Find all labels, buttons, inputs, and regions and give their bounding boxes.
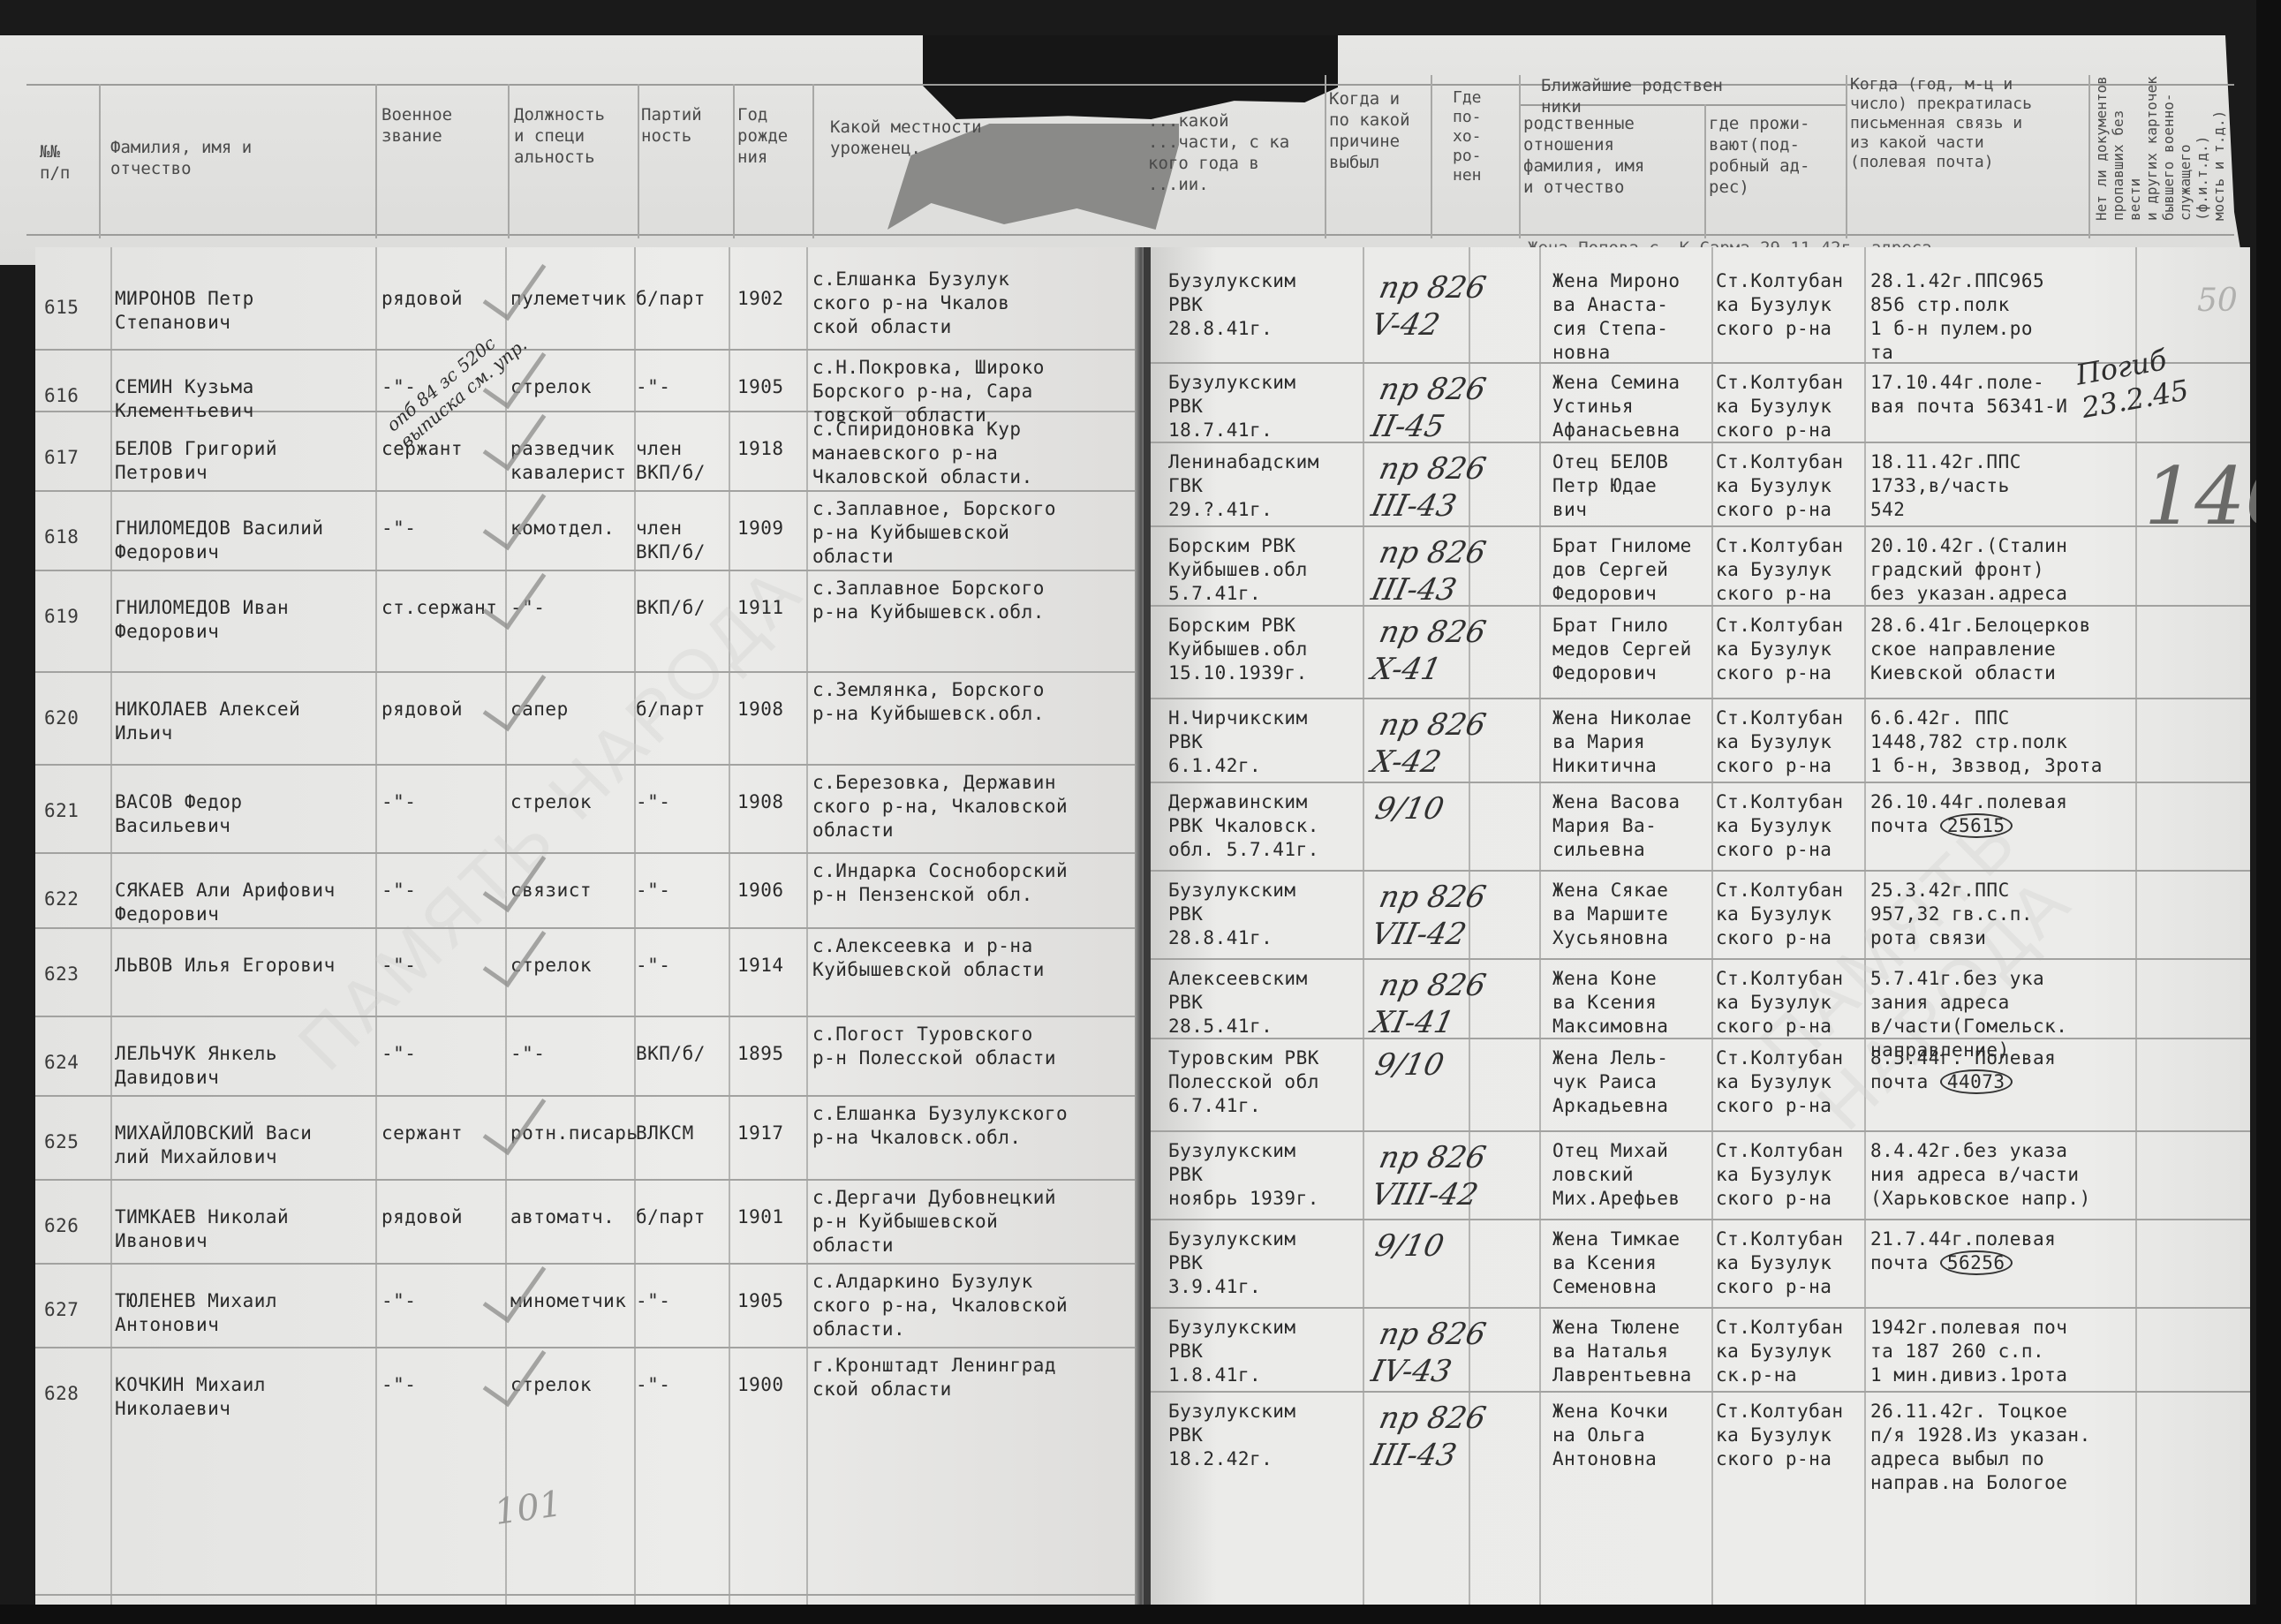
last-contact: 21.7.44г.полевая почта 56256 (1870, 1227, 2126, 1275)
relative: Жена Мироно ва Анаста- сия Степа- новна (1552, 269, 1716, 365)
table-row: 615 МИРОНОВ Петр Степанович рядовой пуле… (35, 261, 1144, 351)
party-membership: -"- (636, 1289, 733, 1313)
table-row: Н.Чирчикским РВК 6.1.42г. пр 826 X-42 Же… (1151, 698, 2250, 783)
birth-year: 1905 (737, 1289, 808, 1313)
birth-year: 1908 (737, 790, 808, 814)
table-row: Бузулукским РВК ноябрь 1939г. пр 826 VII… (1151, 1130, 2250, 1220)
birth-year: 1917 (737, 1122, 808, 1145)
table-row: Бузулукским РВК 28.8.41г. пр 826 VII-42 … (1151, 870, 2250, 960)
header-name: Фамилия, имя и отчество (110, 137, 252, 179)
table-row: 623 ЛЬВОВ Илья Егорович -"- стрелок -"- … (35, 927, 1144, 1017)
header-divider (1431, 75, 1432, 238)
birth-year: 1906 (737, 879, 808, 903)
header-num: №№ п/п (40, 141, 70, 184)
header-divider (99, 84, 101, 238)
table-row: 622 СЯКАЕВ Али Арифович Федорович -"- св… (35, 852, 1144, 929)
relative-address: Ст.Колтубан ка Бузулук ского р-на (1716, 269, 1866, 341)
drafted-by: Бузулукским РВК 3.9.41г. (1168, 1227, 1345, 1299)
header-divider (812, 84, 814, 238)
drafted-by: Бузулукским РВК 28.8.41г. (1168, 879, 1345, 950)
military-rank: -"- (381, 1289, 501, 1313)
drafted-by: Бузулукским РВК 18.2.42г. (1168, 1400, 1345, 1471)
record-number: 626 (44, 1214, 106, 1238)
header-buried: Где по- хо- ро- нен (1453, 88, 1482, 185)
birthplace: с.Елшанка Бузулук ского р-на Чкалов ской… (812, 268, 1139, 339)
birthplace: с.Алдаркино Бузулук ского р-на, Чкаловск… (812, 1270, 1139, 1341)
birthplace: с.Землянка, Борского р-на Куйбышевск.обл… (812, 678, 1139, 726)
birthplace: с.Погост Туровского р-н Полесской област… (812, 1023, 1139, 1070)
birth-year: 1905 (737, 375, 808, 399)
party-membership: б/парт (636, 698, 733, 721)
handwritten-note: пр 826 V-42 (1368, 269, 1534, 344)
military-rank: рядовой (381, 1205, 501, 1229)
last-contact: 8.5.44г. Полевая почта 44073 (1870, 1046, 2126, 1094)
soldier-name: ЛЕЛЬЧУК Янкель Давидович (115, 1042, 362, 1090)
birthplace: с.Спиридоновка Кур манаевского р-на Чкал… (812, 418, 1139, 489)
soldier-name: ТЮЛЕНЕВ Михаил Антонович (115, 1289, 362, 1337)
header-divider (2088, 75, 2090, 238)
birth-year: 1895 (737, 1042, 808, 1066)
table-row: Борским РВК Куйбышев.обл 5.7.41г. пр 826… (1151, 525, 2250, 607)
header-last-contact: Когда (год, м-ц и число) прекратилась пи… (1850, 75, 2032, 172)
last-contact: 26.11.42г. Тоцкое п/я 1928.Из указан. ад… (1870, 1400, 2126, 1495)
relative: Жена Лель- чук Раиса Аркадьевна (1552, 1046, 1716, 1118)
birth-year: 1909 (737, 517, 808, 540)
header-rank: Военное звание (381, 104, 452, 147)
header-divider (638, 84, 639, 238)
military-rank: рядовой (381, 287, 501, 311)
handwritten-note: 9/10 (1372, 790, 1530, 827)
record-number: 627 (44, 1298, 106, 1322)
table-row: Бузулукским РВК 1.8.41г. пр 826 IV-43 Же… (1151, 1307, 2250, 1393)
party-membership: член ВКП/б/ (636, 437, 733, 485)
table-row: 616 СЕМИН Кузьма Клементьевич -"- стрело… (35, 349, 1144, 412)
table-row: 624 ЛЕЛЬЧУК Янкель Давидович -"- -"- ВКП… (35, 1016, 1144, 1097)
military-rank: -"- (381, 1042, 501, 1066)
last-contact: 28.6.41г.Белоцерков ское направление Кие… (1870, 614, 2126, 685)
military-rank: -"- (381, 954, 501, 978)
soldier-name: ЛЬВОВ Илья Егорович (115, 954, 362, 978)
military-rank: -"- (381, 879, 501, 903)
table-row: Алексеевским РВК 28.5.41г. пр 826 XI-41 … (1151, 958, 2250, 1039)
header-notes: Нет ли документов пропавших без вести и … (2093, 62, 2227, 221)
birthplace: с.Индарка Сосноборский р-н Пензенской об… (812, 859, 1139, 907)
position: автоматч. (510, 1205, 643, 1229)
header-position: Должность и специ альность (514, 104, 605, 168)
relative-address: Ст.Колтубан ка Бузулук ского р-на (1716, 450, 1866, 522)
birth-year: 1901 (737, 1205, 808, 1229)
birthplace: с.Алексеевка и р-на Куйбышевской области (812, 934, 1139, 982)
position: стрелок (510, 954, 643, 978)
handwritten-note: пр 826 X-42 (1368, 706, 1534, 781)
table-row: 621 ВАСОВ Федор Васильевич -"- стрелок -… (35, 764, 1144, 854)
party-membership: б/парт (636, 287, 733, 311)
table-row: Бузулукским РВК 18.7.41г. пр 826 II-45 Ж… (1151, 362, 2250, 443)
military-rank: сержант (381, 437, 501, 461)
table-row: Бузулукским РВК 3.9.41г. 9/10 Жена Тимка… (1151, 1219, 2250, 1309)
last-contact: 20.10.42г.(Сталин градский фронт) без ук… (1870, 534, 2126, 606)
military-rank: -"- (381, 1373, 501, 1397)
relative-address: Ст.Колтубан ка Бузулук ского р-на (1716, 879, 1866, 950)
header-divider (1704, 104, 1706, 238)
position: -"- (510, 1042, 643, 1066)
table-row: 620 НИКОЛАЕВ Алексей Ильич рядовой сапер… (35, 671, 1144, 766)
position: разведчик кавалерист (510, 437, 643, 485)
record-number: 620 (44, 706, 106, 730)
position: комотдел. (510, 517, 643, 540)
soldier-name: БЕЛОВ Григорий Петрович (115, 437, 362, 485)
military-rank: ст.сержант (381, 596, 501, 620)
relative: Брат Гниломе дов Сергей Федорович (1552, 534, 1716, 606)
table-row: Борским РВК Куйбышев.обл 15.10.1939г. пр… (1151, 605, 2250, 699)
party-membership: -"- (636, 790, 733, 814)
position: сапер (510, 698, 643, 721)
military-rank: сержант (381, 1122, 501, 1145)
last-contact: 25.3.42г.ППС 957,32 гв.с.п. рота связи (1870, 879, 2126, 950)
relative: Жена Кочки на Ольга Антоновна (1552, 1400, 1716, 1471)
soldier-name: ТИМКАЕВ Николай Иванович (115, 1205, 362, 1253)
header-divider (1325, 75, 1326, 238)
birthplace: с.Елшанка Бузулукского р-на Чкаловск.обл… (812, 1102, 1139, 1150)
drafted-by: Бузулукским РВК 1.8.41г. (1168, 1316, 1345, 1387)
drafted-by: Борским РВК Куйбышев.обл 5.7.41г. (1168, 534, 1345, 606)
relative-address: Ст.Колтубан ка Бузулук ского р-на (1716, 1046, 1866, 1118)
left-page: ПАМЯТЬ НАРОДА 101 615 МИРОНОВ Петр Степа… (35, 247, 1144, 1613)
relative: Жена Коне ва Ксения Максимовна (1552, 967, 1716, 1039)
record-number: 616 (44, 384, 106, 408)
record-number: 628 (44, 1382, 106, 1406)
birth-year: 1900 (737, 1373, 808, 1397)
relative-address: Ст.Колтубан ка Бузулук ского р-на (1716, 614, 1866, 685)
record-number: 624 (44, 1051, 106, 1075)
handwritten-note: пр 826 III-43 (1368, 450, 1534, 525)
position: -"- (510, 596, 643, 620)
handwritten-note: пр 826 II-45 (1368, 371, 1534, 445)
party-membership: член ВКП/б/ (636, 517, 733, 564)
soldier-name: СЯКАЕВ Али Арифович Федорович (115, 879, 362, 926)
party-membership: -"- (636, 954, 733, 978)
last-contact: 26.10.44г.полевая почта 25615 (1870, 790, 2126, 838)
party-membership: ВЛКСМ (636, 1122, 733, 1145)
handwritten-note: пр 826 IV-43 (1368, 1316, 1534, 1390)
header-party: Партий ность (641, 104, 702, 147)
military-rank: рядовой (381, 698, 501, 721)
military-rank: -"- (381, 790, 501, 814)
soldier-name: КОЧКИН Михаил Николаевич (115, 1373, 362, 1421)
header-divider (733, 84, 735, 238)
handwritten-note: пр 826 X-41 (1368, 614, 1534, 688)
relative: Жена Семина Устинья Афанасьевна (1552, 371, 1716, 442)
soldier-name: НИКОЛАЕВ Алексей Ильич (115, 698, 362, 745)
relative-address: Ст.Колтубан ка Бузулук ск.р-на (1716, 1316, 1866, 1387)
header-divider (1846, 75, 1847, 238)
header-birthplace: Какой местности уроженец. (830, 117, 982, 159)
position: ротн.писарь (510, 1122, 643, 1145)
party-membership: б/парт (636, 1205, 733, 1229)
header-relatives-group: Ближайшие родствен ники (1541, 75, 1723, 117)
relative: Жена Тимкае ва Ксения Семеновна (1552, 1227, 1716, 1299)
handwritten-note: 9/10 (1372, 1046, 1530, 1084)
circled-field-post-number: 56256 (1940, 1250, 2013, 1275)
soldier-name: МИХАЙЛОВСКИЙ Васи лий Михайлович (115, 1122, 362, 1169)
soldier-name: ВАСОВ Федор Васильевич (115, 790, 362, 838)
table-row: 628 КОЧКИН Михаил Николаевич -"- стрелок… (35, 1347, 1144, 1596)
table-row: 618 ГНИЛОМЕДОВ Василий Федорович -"- ком… (35, 490, 1144, 571)
table-row: Бузулукским РВК 18.2.42г. пр 826 III-43 … (1151, 1391, 2250, 1624)
relative-address: Ст.Колтубан ка Бузулук ского р-на (1716, 790, 1866, 862)
birth-year: 1902 (737, 287, 808, 311)
drafted-by: Бузулукским РВК 28.8.41г. (1168, 269, 1345, 341)
birthplace: с.Заплавное Борского р-на Куйбышевск.обл… (812, 577, 1139, 624)
record-number: 619 (44, 605, 106, 629)
relative: Брат Гнило медов Сергей Федорович (1552, 614, 1716, 685)
relative-address: Ст.Колтубан ка Бузулук ского р-на (1716, 534, 1866, 606)
position: пулеметчик (510, 287, 643, 311)
birthplace: с.Березовка, Державин ского р-на, Чкалов… (812, 771, 1139, 842)
header-rule-bottom (26, 234, 2234, 236)
drafted-by: Туровским РВК Полесской обл 6.7.41г. (1168, 1046, 1345, 1118)
header-divider (508, 84, 510, 238)
scan-edge (2256, 0, 2281, 1624)
header-drafted: ...какой ...части, с ка кого года в ...и… (1148, 110, 1289, 195)
drafted-by: Ленинабадским ГВК 29.?.41г. (1168, 450, 1345, 522)
drafted-by: Бузулукским РВК ноябрь 1939г. (1168, 1139, 1345, 1211)
party-membership: ВКП/б/ (636, 596, 733, 620)
soldier-name: МИРОНОВ Петр Степанович (115, 287, 362, 335)
drafted-by: Державинским РВК Чкаловск. обл. 5.7.41г. (1168, 790, 1345, 862)
header-relation: родственные отношения фамилия, имя и отч… (1523, 113, 1644, 198)
party-membership: -"- (636, 375, 733, 399)
party-membership: ВКП/б/ (636, 1042, 733, 1066)
table-row: 625 МИХАЙЛОВСКИЙ Васи лий Михайлович сер… (35, 1095, 1144, 1181)
record-number: 617 (44, 446, 106, 470)
handwritten-note: пр 826 III-43 (1368, 1400, 1534, 1474)
birthplace: с.Дергачи Дубовнецкий р-н Куйбышевской о… (812, 1186, 1139, 1258)
record-number: 618 (44, 525, 106, 549)
header-divider (375, 84, 377, 238)
record-number: 625 (44, 1130, 106, 1154)
record-number: 623 (44, 963, 106, 986)
position: стрелок (510, 1373, 643, 1397)
header-relative-address: где прожи- вают(под- робный ад- рес) (1709, 113, 1809, 198)
handwritten-note: пр 826 VIII-42 (1368, 1139, 1534, 1213)
handwritten-note: пр 826 VII-42 (1368, 879, 1534, 953)
last-contact: 28.1.42г.ППС965 856 стр.полк 1 б-н пулем… (1870, 269, 2126, 365)
table-row: Державинским РВК Чкаловск. обл. 5.7.41г.… (1151, 782, 2250, 872)
table-row: 626 ТИМКАЕВ Николай Иванович рядовой авт… (35, 1179, 1144, 1265)
soldier-name: ГНИЛОМЕДОВ Иван Федорович (115, 596, 362, 644)
drafted-by: Бузулукским РВК 18.7.41г. (1168, 371, 1345, 442)
relative-address: Ст.Колтубан ка Бузулук ского р-на (1716, 371, 1866, 442)
relative: Жена Васова Мария Ва- сильевна (1552, 790, 1716, 862)
table-row: 627 ТЮЛЕНЕВ Михаил Антонович -"- миномет… (35, 1263, 1144, 1348)
right-page: 50 ПАМЯТЬ НАРОДА Бузулукским РВК 28.8.41… (1144, 247, 2250, 1612)
last-contact: 18.11.42г.ППС 1733,в/часть 542 (1870, 450, 2126, 522)
relative-address: Ст.Колтубан ка Бузулук ского р-на (1716, 967, 1866, 1039)
relative: Жена Сякае ва Маршите Хусьяновна (1552, 879, 1716, 950)
birth-year: 1908 (737, 698, 808, 721)
relative-address: Ст.Колтубан ка Бузулук ского р-на (1716, 706, 1866, 778)
drafted-by: Борским РВК Куйбышев.обл 15.10.1939г. (1168, 614, 1345, 685)
header-year: Год рожде ния (737, 104, 788, 168)
table-row: Бузулукским РВК 28.8.41г. пр 826 V-42 Же… (1151, 261, 2250, 364)
record-number: 621 (44, 799, 106, 823)
handwritten-note: пр 826 XI-41 (1368, 967, 1534, 1041)
table-row: Ленинабадским ГВК 29.?.41г. пр 826 III-4… (1151, 442, 2250, 527)
position: минометчик (510, 1289, 643, 1313)
party-membership: -"- (636, 1373, 733, 1397)
relative: Жена Николае ва Мария Никитична (1552, 706, 1716, 778)
drafted-by: Алексеевским РВК 28.5.41г. (1168, 967, 1345, 1039)
record-number: 622 (44, 888, 106, 911)
relative-address: Ст.Колтубан ка Бузулук ского р-на (1716, 1139, 1866, 1211)
position: связист (510, 879, 643, 903)
birth-year: 1914 (737, 954, 808, 978)
record-number: 615 (44, 296, 106, 320)
circled-field-post-number: 25615 (1940, 813, 2013, 838)
position: стрелок (510, 375, 643, 399)
party-membership: -"- (636, 879, 733, 903)
military-rank: -"- (381, 517, 501, 540)
drafted-by: Н.Чирчикским РВК 6.1.42г. (1168, 706, 1345, 778)
scan-bottom-edge (0, 1605, 2281, 1624)
relative: Отец БЕЛОВ Петр Юдае вич (1552, 450, 1716, 522)
last-contact: 1942г.полевая поч та 187 260 с.п. 1 мин.… (1870, 1316, 2126, 1387)
position: стрелок (510, 790, 643, 814)
relative-address: Ст.Колтубан ка Бузулук ского р-на (1716, 1400, 1866, 1471)
relative: Жена Тюлене ва Наталья Лаврентьевна (1552, 1316, 1716, 1387)
relative: Отец Михай ловский Мих.Арефьев (1552, 1139, 1716, 1211)
handwritten-note: 9/10 (1372, 1227, 1530, 1265)
birth-year: 1911 (737, 596, 808, 620)
relative-address: Ст.Колтубан ка Бузулук ского р-на (1716, 1227, 1866, 1299)
circled-field-post-number: 44073 (1940, 1069, 2013, 1094)
header-when-why: Когда и по какой причине выбыл (1329, 88, 1410, 173)
birthplace: г.Кронштадт Ленинград ской области (812, 1354, 1139, 1401)
birthplace: с.Заплавное, Борского р-на Куйбышевской … (812, 497, 1139, 569)
table-row: 619 ГНИЛОМЕДОВ Иван Федорович ст.сержант… (35, 570, 1144, 673)
last-contact: 8.4.42г.без указа ния адреса в/части (Ха… (1870, 1139, 2126, 1211)
soldier-name: ГНИЛОМЕДОВ Василий Федорович (115, 517, 362, 564)
birth-year: 1918 (737, 437, 808, 461)
header-divider (1519, 75, 1521, 238)
last-contact: 6.6.42г. ППС 1448,782 стр.полк 1 б-н, 3в… (1870, 706, 2126, 778)
table-row: Туровским РВК Полесской обл 6.7.41г. 9/1… (1151, 1038, 2250, 1132)
table-row: 617 БЕЛОВ Григорий Петрович сержант разв… (35, 411, 1144, 492)
handwritten-note: пр 826 III-43 (1368, 534, 1534, 608)
